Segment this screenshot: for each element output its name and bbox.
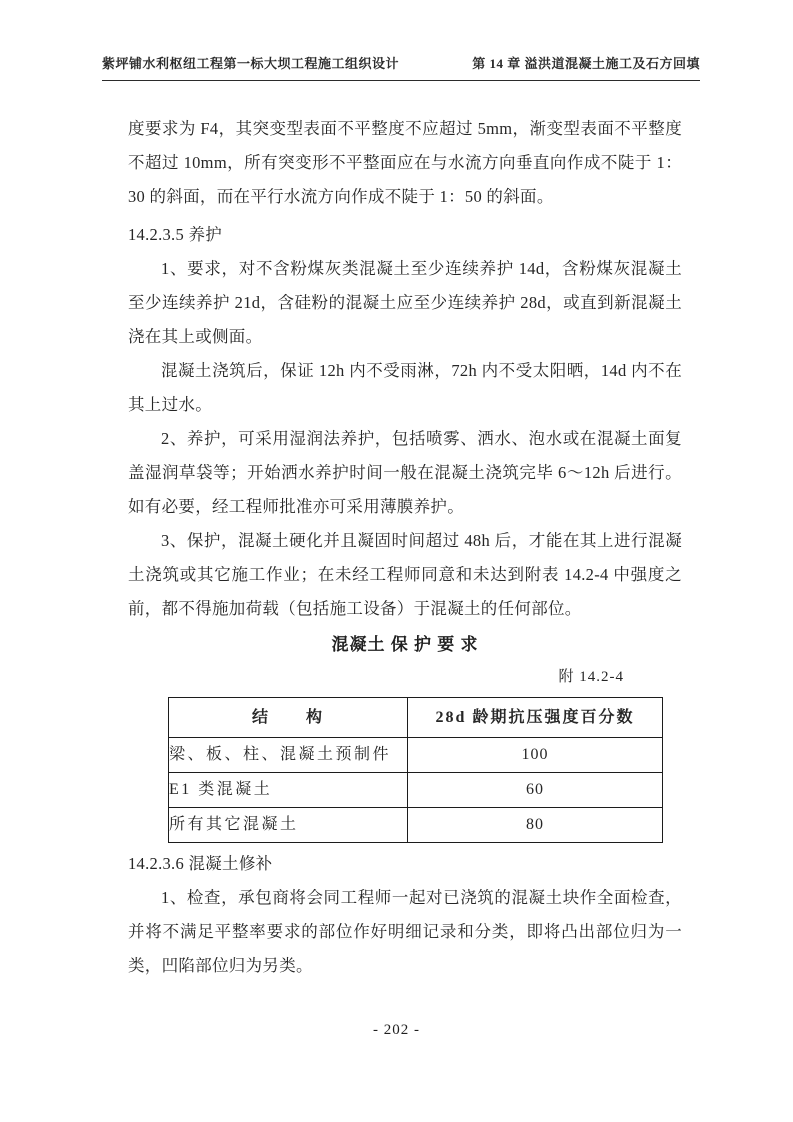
table-cell-structure: 梁、板、柱、混凝土预制件 <box>169 738 408 773</box>
section-heading-repair: 14.2.3.6 混凝土修补 <box>128 847 682 881</box>
section-heading-curing: 14.2.3.5 养护 <box>128 218 682 252</box>
header-chapter-title: 第 14 章 溢洪道混凝土施工及石方回填 <box>472 53 700 72</box>
table-header-structure: 结 构 <box>169 698 408 738</box>
table-header-strength-percent: 28d 龄期抗压强度百分数 <box>408 698 663 738</box>
concrete-protection-table: 结 构 28d 龄期抗压强度百分数 梁、板、柱、混凝土预制件 100 E1 类混… <box>168 697 663 843</box>
table-header-row: 结 构 28d 龄期抗压强度百分数 <box>169 698 663 738</box>
paragraph-inspection: 1、检查，承包商将会同工程师一起对已浇筑的混凝土块作全面检查，并将不满足平整率要… <box>128 881 682 983</box>
paragraph-protection: 3、保护，混凝土硬化并且凝固时间超过 48h 后，才能在其上进行混凝土浇筑或其它… <box>128 524 682 626</box>
header-document-title: 紫坪铺水利枢纽工程第一标大坝工程施工组织设计 <box>102 53 399 72</box>
table-reference-number: 附 14.2-4 <box>128 661 682 693</box>
paragraph-curing-requirement: 1、要求，对不含粉煤灰类混凝土至少连续养护 14d，含粉煤灰混凝土至少连续养护 … <box>128 252 682 354</box>
table-cell-value: 100 <box>408 738 663 773</box>
paragraph-surface-flatness: 度要求为 F4，其突变型表面不平整度不应超过 5mm，渐变型表面不平整度不超过 … <box>128 112 682 214</box>
page-footer: - 202 - <box>0 1022 793 1039</box>
table-title: 混凝土 保 护 要 求 <box>128 628 682 661</box>
table-cell-structure: E1 类混凝土 <box>169 773 408 808</box>
page-body: 度要求为 F4，其突变型表面不平整度不应超过 5mm，渐变型表面不平整度不超过 … <box>128 112 682 983</box>
paragraph-curing-method: 2、养护，可采用湿润法养护，包括喷雾、洒水、泡水或在混凝土面复盖湿润草袋等；开始… <box>128 422 682 524</box>
table-row: 所有其它混凝土 80 <box>169 808 663 843</box>
table-cell-value: 80 <box>408 808 663 843</box>
document-page: 紫坪铺水利枢纽工程第一标大坝工程施工组织设计 第 14 章 溢洪道混凝土施工及石… <box>0 0 793 1122</box>
page-header: 紫坪铺水利枢纽工程第一标大坝工程施工组织设计 第 14 章 溢洪道混凝土施工及石… <box>102 53 700 81</box>
table-row: 梁、板、柱、混凝土预制件 100 <box>169 738 663 773</box>
paragraph-after-pouring: 混凝土浇筑后，保证 12h 内不受雨淋，72h 内不受太阳晒，14d 内不在其上… <box>128 354 682 422</box>
table-cell-value: 60 <box>408 773 663 808</box>
page-number: - 202 - <box>373 1022 420 1038</box>
table-row: E1 类混凝土 60 <box>169 773 663 808</box>
table-cell-structure: 所有其它混凝土 <box>169 808 408 843</box>
